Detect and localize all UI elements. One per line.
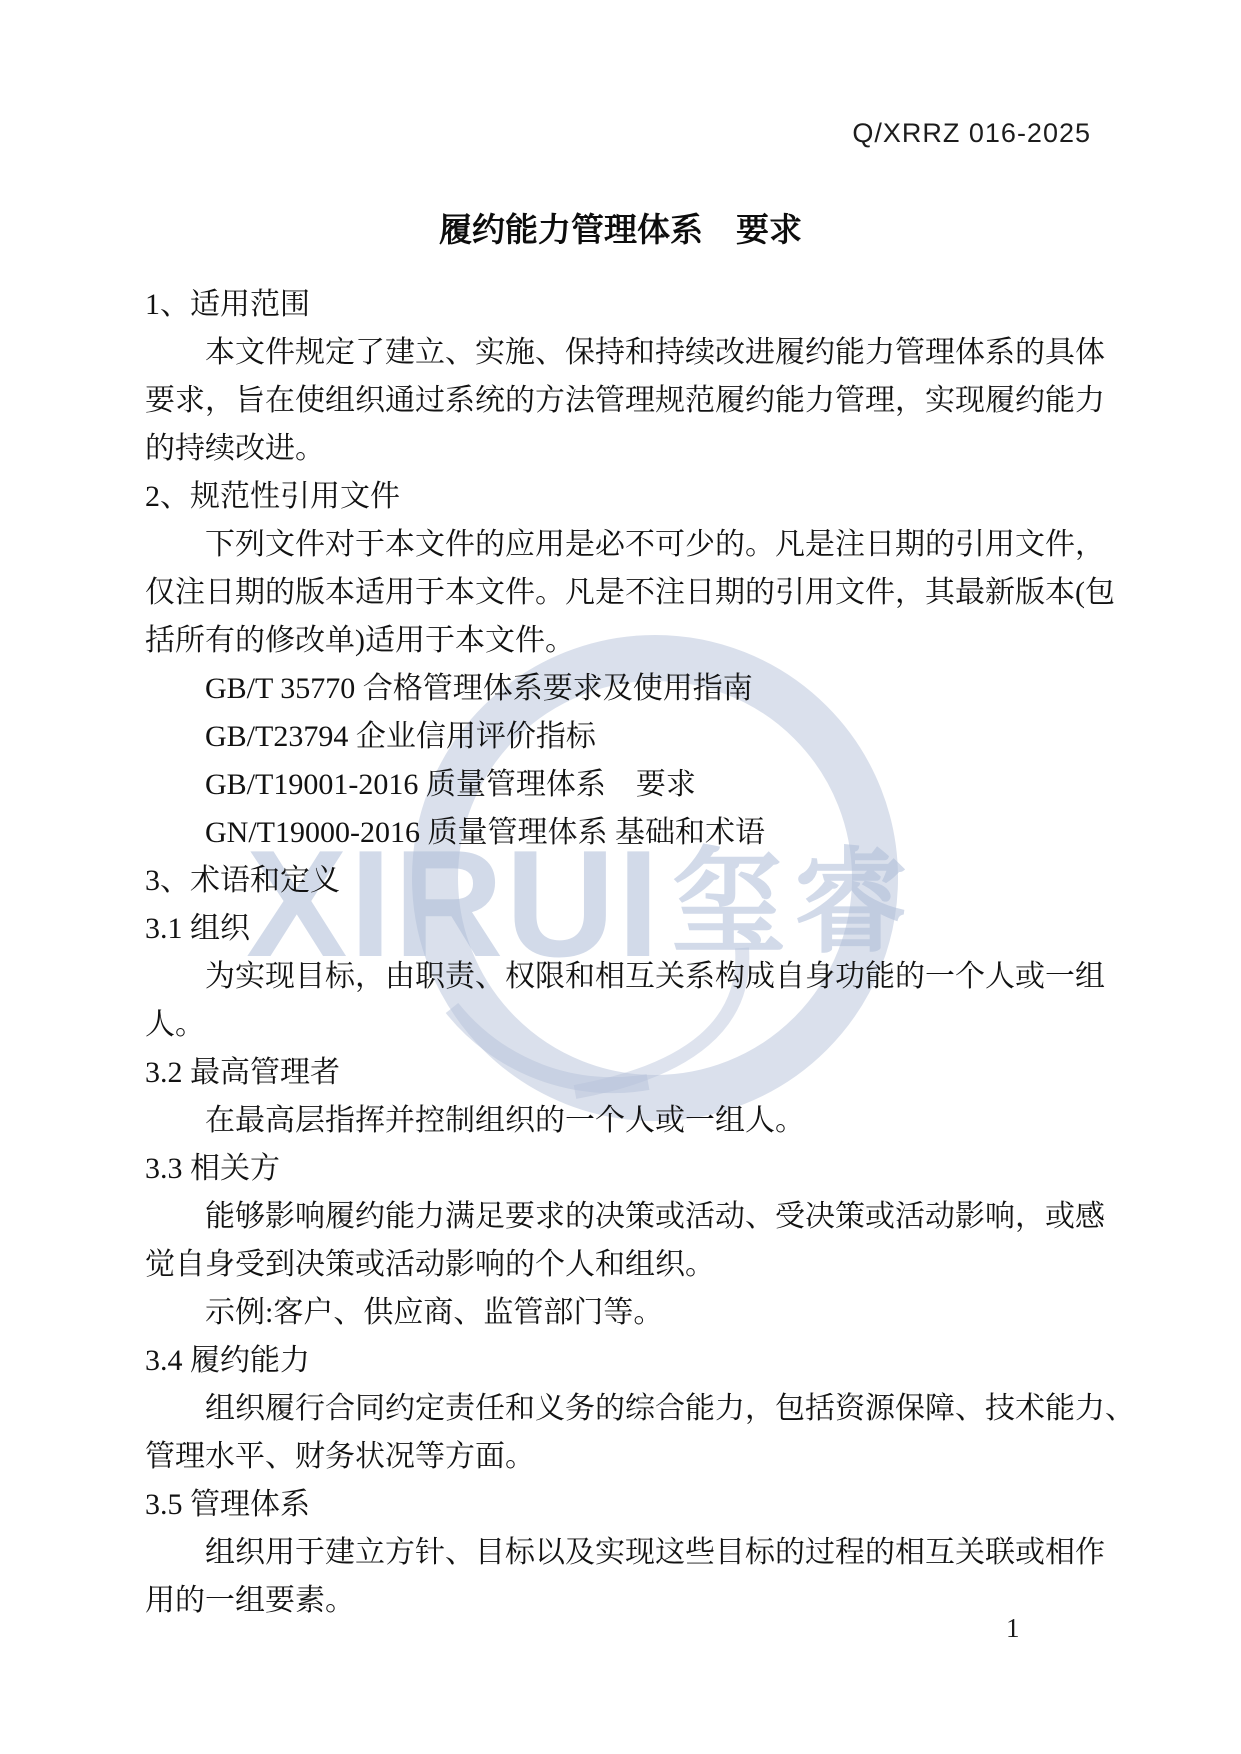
text-line: 2、规范性引用文件 xyxy=(145,473,1095,521)
text-line: 1、适用范围 xyxy=(145,281,1095,329)
text-line: 下列文件对于本文件的应用是必不可少的。凡是注日期的引用文件， xyxy=(145,521,1095,569)
text-line: 3.5 管理体系 xyxy=(145,1481,1095,1529)
doc-number: Q/XRRZ 016-2025 xyxy=(852,118,1091,149)
text-line: 组织用于建立方针、目标以及实现这些目标的过程的相互关联或相作 xyxy=(145,1529,1095,1577)
text-line: 能够影响履约能力满足要求的决策或活动、受决策或活动影响，或感 xyxy=(145,1193,1095,1241)
text-line: 3、术语和定义 xyxy=(145,857,1095,905)
text-line: 组织履行合同约定责任和义务的综合能力，包括资源保障、技术能力、 xyxy=(145,1385,1095,1433)
text-line: 觉自身受到决策或活动影响的个人和组织。 xyxy=(145,1241,1095,1289)
page-title: 履约能力管理体系 要求 xyxy=(0,204,1241,251)
text-line: GB/T 35770 合格管理体系要求及使用指南 xyxy=(145,665,1095,713)
text-line: 的持续改进。 xyxy=(145,425,1095,473)
text-line: 管理水平、财务状况等方面。 xyxy=(145,1433,1095,1481)
text-line: 用的一组要素。 xyxy=(145,1577,1095,1625)
text-line: 仅注日期的版本适用于本文件。凡是不注日期的引用文件，其最新版本(包 xyxy=(145,569,1095,617)
text-line: 3.3 相关方 xyxy=(145,1145,1095,1193)
text-line: GB/T23794 企业信用评价指标 xyxy=(145,713,1095,761)
text-line: 3.4 履约能力 xyxy=(145,1337,1095,1385)
text-line: 人。 xyxy=(145,1001,1095,1049)
text-line: 为实现目标，由职责、权限和相互关系构成自身功能的一个人或一组 xyxy=(145,953,1095,1001)
document-body: 1、适用范围本文件规定了建立、实施、保持和持续改进履约能力管理体系的具体要求，旨… xyxy=(145,281,1095,1625)
page-number: 1 xyxy=(1006,1613,1020,1644)
text-line: 示例:客户、供应商、监管部门等。 xyxy=(145,1289,1095,1337)
text-line: 在最高层指挥并控制组织的一个人或一组人。 xyxy=(145,1097,1095,1145)
text-line: GN/T19000-2016 质量管理体系 基础和术语 xyxy=(145,809,1095,857)
text-line: 3.2 最高管理者 xyxy=(145,1049,1095,1097)
text-line: 括所有的修改单)适用于本文件。 xyxy=(145,617,1095,665)
document-page: XIRUI 玺睿 Q/XRRZ 016-2025 履约能力管理体系 要求 1、适… xyxy=(0,0,1241,1754)
text-line: 3.1 组织 xyxy=(145,905,1095,953)
text-line: GB/T19001-2016 质量管理体系 要求 xyxy=(145,761,1095,809)
text-line: 要求，旨在使组织通过系统的方法管理规范履约能力管理，实现履约能力 xyxy=(145,377,1095,425)
text-line: 本文件规定了建立、实施、保持和持续改进履约能力管理体系的具体 xyxy=(145,329,1095,377)
